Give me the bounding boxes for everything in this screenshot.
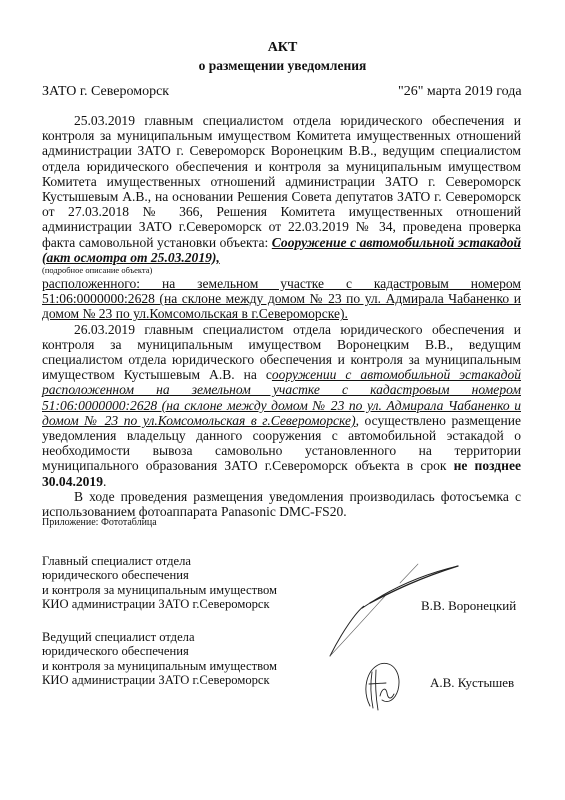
signature-1-icon — [330, 564, 458, 656]
handwritten-signatures — [0, 0, 565, 800]
document-page: АКТ о размещении уведомления ЗАТО г. Сев… — [0, 0, 565, 800]
signature-2-icon — [366, 663, 399, 710]
